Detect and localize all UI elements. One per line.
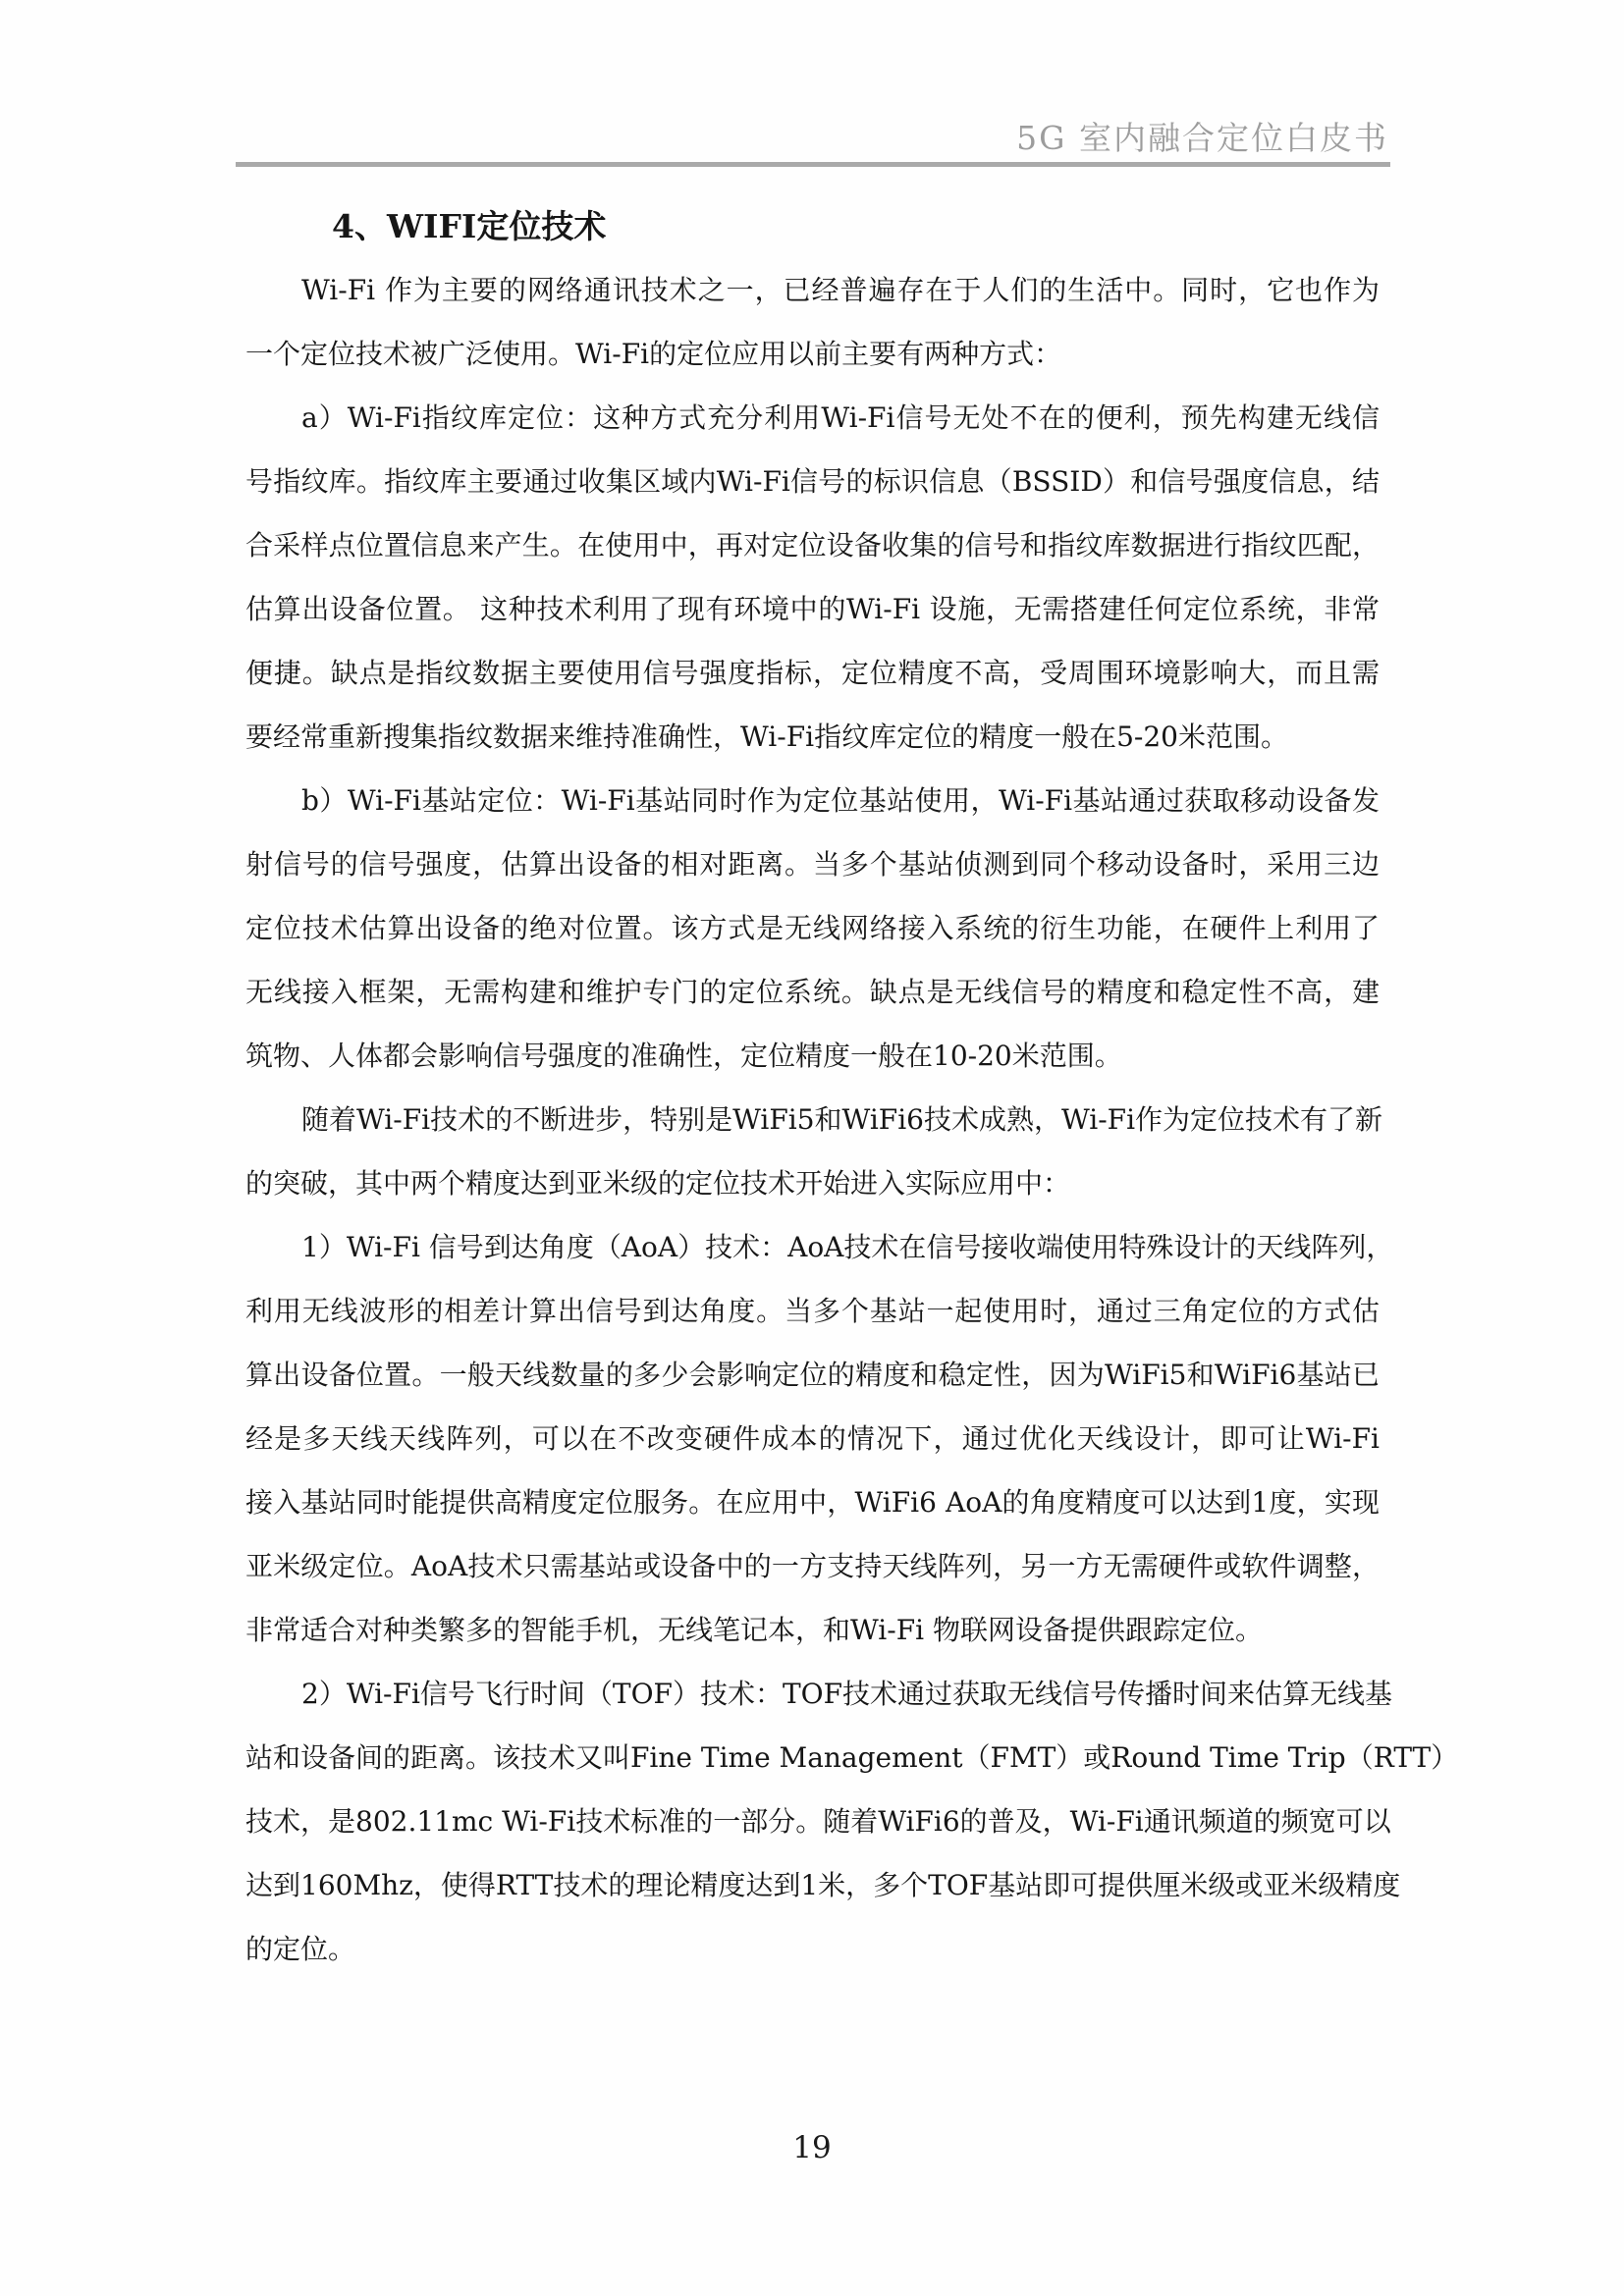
- body-line: 的突破，其中两个精度达到亚米级的定位技术开始进入实际应用中：: [245, 1151, 1380, 1215]
- page-number: 19: [0, 2130, 1624, 2165]
- document-page: 5G 室内融合定位白皮书 4、WIFI定位技术 Wi-Fi 作为主要的网络通讯技…: [0, 0, 1624, 2296]
- document-body: 4、WIFI定位技术 Wi-Fi 作为主要的网络通讯技术之一，已经普遍存在于人们…: [245, 194, 1380, 1981]
- body-line: 1）Wi-Fi 信号到达角度（AoA）技术：AoA技术在信号接收端使用特殊设计的…: [245, 1215, 1380, 1279]
- body-line: 利用无线波形的相差计算出信号到达角度。当多个基站一起使用时，通过三角定位的方式估: [245, 1279, 1380, 1343]
- body-line: 技术，是802.11mc Wi-Fi技术标准的一部分。随着WiFi6的普及，Wi…: [245, 1789, 1380, 1853]
- body-line: 站和设备间的距离。该技术又叫Fine Time Management（FMT）或…: [245, 1726, 1380, 1789]
- body-line: 射信号的信号强度，估算出设备的相对距离。当多个基站侦测到同个移动设备时，采用三边: [245, 832, 1380, 896]
- body-line: 非常适合对种类繁多的智能手机，无线笔记本，和Wi-Fi 物联网设备提供跟踪定位。: [245, 1598, 1380, 1662]
- body-line: b）Wi-Fi基站定位：Wi-Fi基站同时作为定位基站使用，Wi-Fi基站通过获…: [245, 769, 1380, 832]
- body-line: 达到160Mhz，使得RTT技术的理论精度达到1米，多个TOF基站即可提供厘米级…: [245, 1853, 1380, 1917]
- body-line: 接入基站同时能提供高精度定位服务。在应用中，WiFi6 AoA的角度精度可以达到…: [245, 1470, 1380, 1534]
- body-line: 一个定位技术被广泛使用。Wi-Fi的定位应用以前主要有两种方式：: [245, 322, 1380, 386]
- body-line: 亚米级定位。AoA技术只需基站或设备中的一方支持天线阵列，另一方无需硬件或软件调…: [245, 1534, 1380, 1598]
- body-line: 2）Wi-Fi信号飞行时间（TOF）技术：TOF技术通过获取无线信号传播时间来估…: [245, 1662, 1380, 1726]
- body-line: 要经常重新搜集指纹数据来维持准确性，Wi-Fi指纹库定位的精度一般在5-20米范…: [245, 705, 1380, 769]
- body-line: 随着Wi-Fi技术的不断进步，特别是WiFi5和WiFi6技术成熟，Wi-Fi作…: [245, 1088, 1380, 1151]
- body-line: 经是多天线天线阵列，可以在不改变硬件成本的情况下，通过优化天线设计，即可让Wi-…: [245, 1407, 1380, 1470]
- body-line: Wi-Fi 作为主要的网络通讯技术之一，已经普遍存在于人们的生活中。同时，它也作…: [245, 258, 1380, 322]
- header-rule: [236, 162, 1390, 167]
- body-line: 算出设备位置。一般天线数量的多少会影响定位的精度和稳定性，因为WiFi5和WiF…: [245, 1343, 1380, 1407]
- body-line: 筑物、人体都会影响信号强度的准确性，定位精度一般在10-20米范围。: [245, 1024, 1380, 1088]
- section-heading: 4、WIFI定位技术: [245, 194, 1380, 258]
- running-header-title: 5G 室内融合定位白皮书: [1016, 118, 1388, 159]
- body-line: a）Wi-Fi指纹库定位：这种方式充分利用Wi-Fi信号无处不在的便利，预先构建…: [245, 386, 1380, 450]
- body-line: 定位技术估算出设备的绝对位置。该方式是无线网络接入系统的衍生功能，在硬件上利用了: [245, 896, 1380, 960]
- body-line: 的定位。: [245, 1917, 1380, 1981]
- document-body-lines: Wi-Fi 作为主要的网络通讯技术之一，已经普遍存在于人们的生活中。同时，它也作…: [245, 258, 1380, 1981]
- body-line: 便捷。缺点是指纹数据主要使用信号强度指标，定位精度不高，受周围环境影响大，而且需: [245, 641, 1380, 705]
- body-line: 估算出设备位置。 这种技术利用了现有环境中的Wi-Fi 设施，无需搭建任何定位系…: [245, 577, 1380, 641]
- body-line: 号指纹库。指纹库主要通过收集区域内Wi-Fi信号的标识信息（BSSID）和信号强…: [245, 450, 1380, 513]
- body-line: 无线接入框架，无需构建和维护专门的定位系统。缺点是无线信号的精度和稳定性不高，建: [245, 960, 1380, 1024]
- body-line: 合采样点位置信息来产生。在使用中，再对定位设备收集的信号和指纹库数据进行指纹匹配…: [245, 513, 1380, 577]
